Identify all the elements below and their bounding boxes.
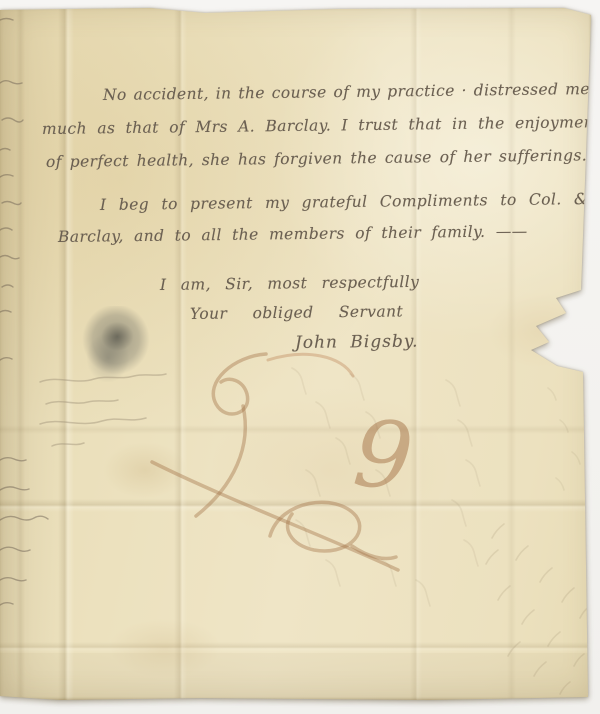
letter-paper-shadow: No accident, in the course of my practic… xyxy=(0,8,592,700)
paper-edge-vignette xyxy=(0,8,592,700)
letter-scan: No accident, in the course of my practic… xyxy=(0,0,600,714)
letter-paper: No accident, in the course of my practic… xyxy=(0,8,592,700)
